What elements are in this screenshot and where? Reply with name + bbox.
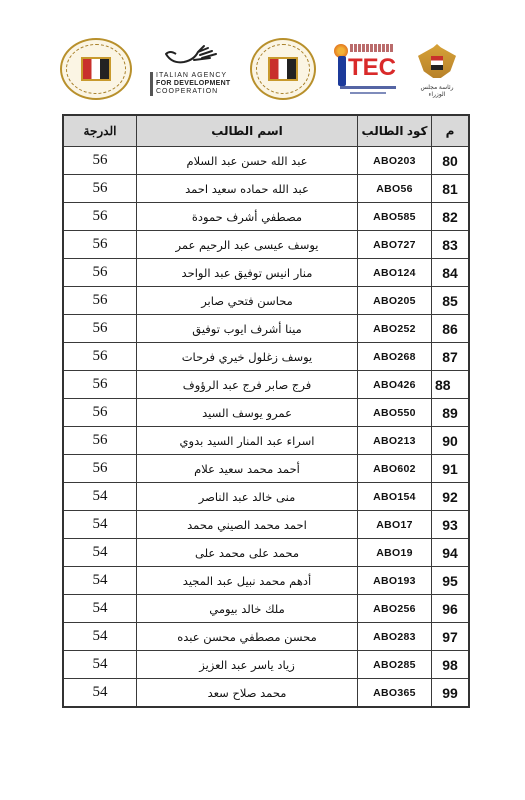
grade-cell: 56	[63, 427, 137, 455]
name-cell: محاسن فتحي صابر	[137, 287, 358, 315]
code-cell: ABO727	[358, 231, 432, 259]
code-cell: ABO56	[358, 175, 432, 203]
table-row: 56يوسف عيسى عبد الرحيم عمرABO72783	[63, 231, 469, 259]
grade-cell: 54	[63, 567, 137, 595]
code-cell: ABO585	[358, 203, 432, 231]
itec-wordmark: TEC	[348, 54, 396, 82]
index-cell: 97	[432, 623, 470, 651]
grade-cell: 54	[63, 511, 137, 539]
table-row: 54احمد محمد الصيني محمدABO1793	[63, 511, 469, 539]
name-cell: يوسف عيسى عبد الرحيم عمر	[137, 231, 358, 259]
name-cell: مصطفي أشرف حمودة	[137, 203, 358, 231]
itec-subtitle-line	[340, 86, 396, 89]
grade-cell: 56	[63, 147, 137, 175]
code-cell: ABO283	[358, 623, 432, 651]
code-cell: ABO268	[358, 343, 432, 371]
code-cell: ABO154	[358, 483, 432, 511]
index-cell: 91	[432, 455, 470, 483]
egypt-flag-emblem-icon	[81, 57, 111, 81]
name-cell: منار انيس توفيق عبد الواحد	[137, 259, 358, 287]
code-cell: ABO365	[358, 679, 432, 708]
name-cell: محمد على محمد على	[137, 539, 358, 567]
table-row: 54محمد صلاح سعدABO36599	[63, 679, 469, 708]
index-cell: 88	[432, 371, 470, 399]
name-cell: مينا أشرف ايوب توفيق	[137, 315, 358, 343]
name-cell: محمد صلاح سعد	[137, 679, 358, 708]
dove-icon	[164, 42, 220, 68]
grade-cell: 54	[63, 483, 137, 511]
index-cell: 86	[432, 315, 470, 343]
egypt-eagle-emblem-logo: رئاسة مجلس الوزراء	[412, 38, 462, 100]
ministry-international-cooperation-seal-logo	[250, 38, 316, 100]
table-row: 54أدهم محمد نبيل عبد المجيدABO19395	[63, 567, 469, 595]
grade-cell: 56	[63, 175, 137, 203]
grade-cell: 56	[63, 231, 137, 259]
cabinet-caption: رئاسة مجلس الوزراء	[412, 84, 462, 98]
code-cell: ABO124	[358, 259, 432, 287]
code-cell: ABO602	[358, 455, 432, 483]
name-cell: يوسف زغلول خيري فرحات	[137, 343, 358, 371]
index-cell: 84	[432, 259, 470, 287]
grade-cell: 54	[63, 679, 137, 708]
index-cell: 83	[432, 231, 470, 259]
name-cell: زياد ياسر عبد العزيز	[137, 651, 358, 679]
index-cell: 98	[432, 651, 470, 679]
name-cell: عبد الله حماده سعيد احمد	[137, 175, 358, 203]
code-cell: ABO213	[358, 427, 432, 455]
header-student-code: كود الطالب	[358, 115, 432, 147]
table-row: 56محاسن فتحي صابرABO20585	[63, 287, 469, 315]
flag-shield-icon	[431, 56, 443, 70]
name-cell: محسن مصطفي محسن عبده	[137, 623, 358, 651]
index-cell: 82	[432, 203, 470, 231]
grade-cell: 56	[63, 259, 137, 287]
code-cell: ABO426	[358, 371, 432, 399]
index-cell: 80	[432, 147, 470, 175]
table-row: 56اسراء عبد المنار السيد بدويABO21390	[63, 427, 469, 455]
development-fund-seal-logo	[60, 38, 132, 100]
index-cell: 90	[432, 427, 470, 455]
code-cell: ABO550	[358, 399, 432, 427]
code-cell: ABO256	[358, 595, 432, 623]
itec-bar-icon	[338, 56, 346, 86]
code-cell: ABO252	[358, 315, 432, 343]
itec-subtitle-line-2	[350, 92, 386, 94]
code-cell: ABO193	[358, 567, 432, 595]
italian-agency-line-1: ITALIAN AGENCY	[156, 72, 231, 80]
table-header-row: الدرجة اسم الطالب كود الطالب م	[63, 115, 469, 147]
index-cell: 89	[432, 399, 470, 427]
grade-cell: 56	[63, 399, 137, 427]
name-cell: عبد الله حسن عبد السلام	[137, 147, 358, 175]
code-cell: ABO17	[358, 511, 432, 539]
table-row: 56فرج صابر فرج عبد الرؤوفABO42688	[63, 371, 469, 399]
grade-cell: 54	[63, 651, 137, 679]
grade-cell: 56	[63, 315, 137, 343]
grade-cell: 56	[63, 371, 137, 399]
index-cell: 87	[432, 343, 470, 371]
table-row: 54منى خالد عبد الناصرABO15492	[63, 483, 469, 511]
code-cell: ABO203	[358, 147, 432, 175]
table-row: 56أحمد محمد سعيد علامABO60291	[63, 455, 469, 483]
table-row: 54محمد على محمد علىABO1994	[63, 539, 469, 567]
header-grade: الدرجة	[63, 115, 137, 147]
grade-cell: 56	[63, 203, 137, 231]
table-row: 56يوسف زغلول خيري فرحاتABO26887	[63, 343, 469, 371]
header-index: م	[432, 115, 470, 147]
index-cell: 93	[432, 511, 470, 539]
name-cell: اسراء عبد المنار السيد بدوي	[137, 427, 358, 455]
table-row: 54محسن مصطفي محسن عبدهABO28397	[63, 623, 469, 651]
egypt-eagle-seal-icon	[268, 57, 298, 81]
grade-cell: 54	[63, 539, 137, 567]
name-cell: عمرو يوسف السيد	[137, 399, 358, 427]
code-cell: ABO205	[358, 287, 432, 315]
table-row: 56عبد الله حسن عبد السلامABO20380	[63, 147, 469, 175]
logo-strip: ITALIAN AGENCY FOR DEVELOPMENT COOPERATI…	[60, 38, 470, 100]
table-row: 54زياد ياسر عبد العزيزABO28598	[63, 651, 469, 679]
header-student-name: اسم الطالب	[137, 115, 358, 147]
index-cell: 96	[432, 595, 470, 623]
grade-cell: 56	[63, 287, 137, 315]
table-row: 56عبد الله حماده سعيد احمدABO5681	[63, 175, 469, 203]
code-cell: ABO285	[358, 651, 432, 679]
table-row: 54ملك خالد بيوميABO25696	[63, 595, 469, 623]
name-cell: أحمد محمد سعيد علام	[137, 455, 358, 483]
italian-agency-logo: ITALIAN AGENCY FOR DEVELOPMENT COOPERATI…	[150, 38, 230, 100]
name-cell: منى خالد عبد الناصر	[137, 483, 358, 511]
itec-arabic-heading-icon	[350, 44, 394, 52]
code-cell: ABO19	[358, 539, 432, 567]
grade-cell: 56	[63, 343, 137, 371]
italian-agency-line-2: FOR DEVELOPMENT	[156, 80, 231, 87]
index-cell: 92	[432, 483, 470, 511]
grade-cell: 56	[63, 455, 137, 483]
table-row: 56مصطفي أشرف حمودةABO58582	[63, 203, 469, 231]
index-cell: 99	[432, 679, 470, 708]
table-row: 56مينا أشرف ايوب توفيقABO25286	[63, 315, 469, 343]
index-cell: 81	[432, 175, 470, 203]
grade-cell: 54	[63, 595, 137, 623]
table-row: 56عمرو يوسف السيدABO55089	[63, 399, 469, 427]
results-table: الدرجة اسم الطالب كود الطالب م 56عبد الل…	[62, 114, 470, 708]
itec-logo: TEC	[332, 38, 396, 100]
table-row: 56منار انيس توفيق عبد الواحدABO12484	[63, 259, 469, 287]
name-cell: ملك خالد بيومي	[137, 595, 358, 623]
grade-cell: 54	[63, 623, 137, 651]
name-cell: أدهم محمد نبيل عبد المجيد	[137, 567, 358, 595]
name-cell: احمد محمد الصيني محمد	[137, 511, 358, 539]
italian-agency-line-3: COOPERATION	[156, 88, 231, 96]
index-cell: 94	[432, 539, 470, 567]
name-cell: فرج صابر فرج عبد الرؤوف	[137, 371, 358, 399]
index-cell: 85	[432, 287, 470, 315]
italian-agency-text: ITALIAN AGENCY FOR DEVELOPMENT COOPERATI…	[150, 72, 231, 96]
index-cell: 95	[432, 567, 470, 595]
